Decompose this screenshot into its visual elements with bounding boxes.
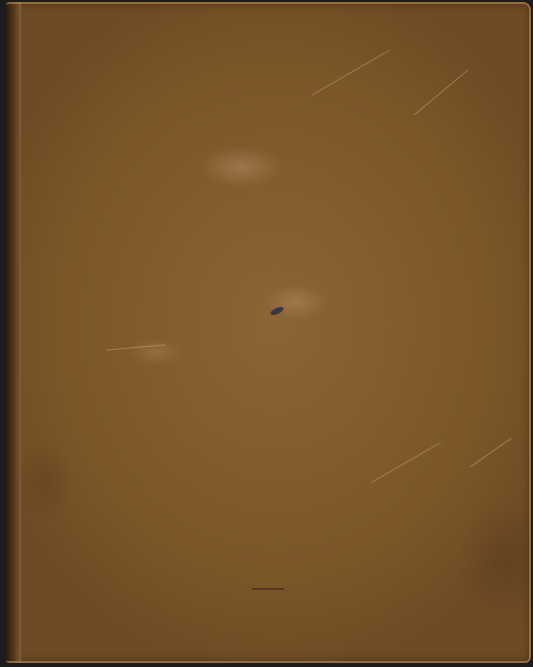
book-cover [6,2,531,663]
cover-worn-edge [6,2,531,663]
photo-background [0,0,533,667]
cover-ink-mark [252,588,284,590]
